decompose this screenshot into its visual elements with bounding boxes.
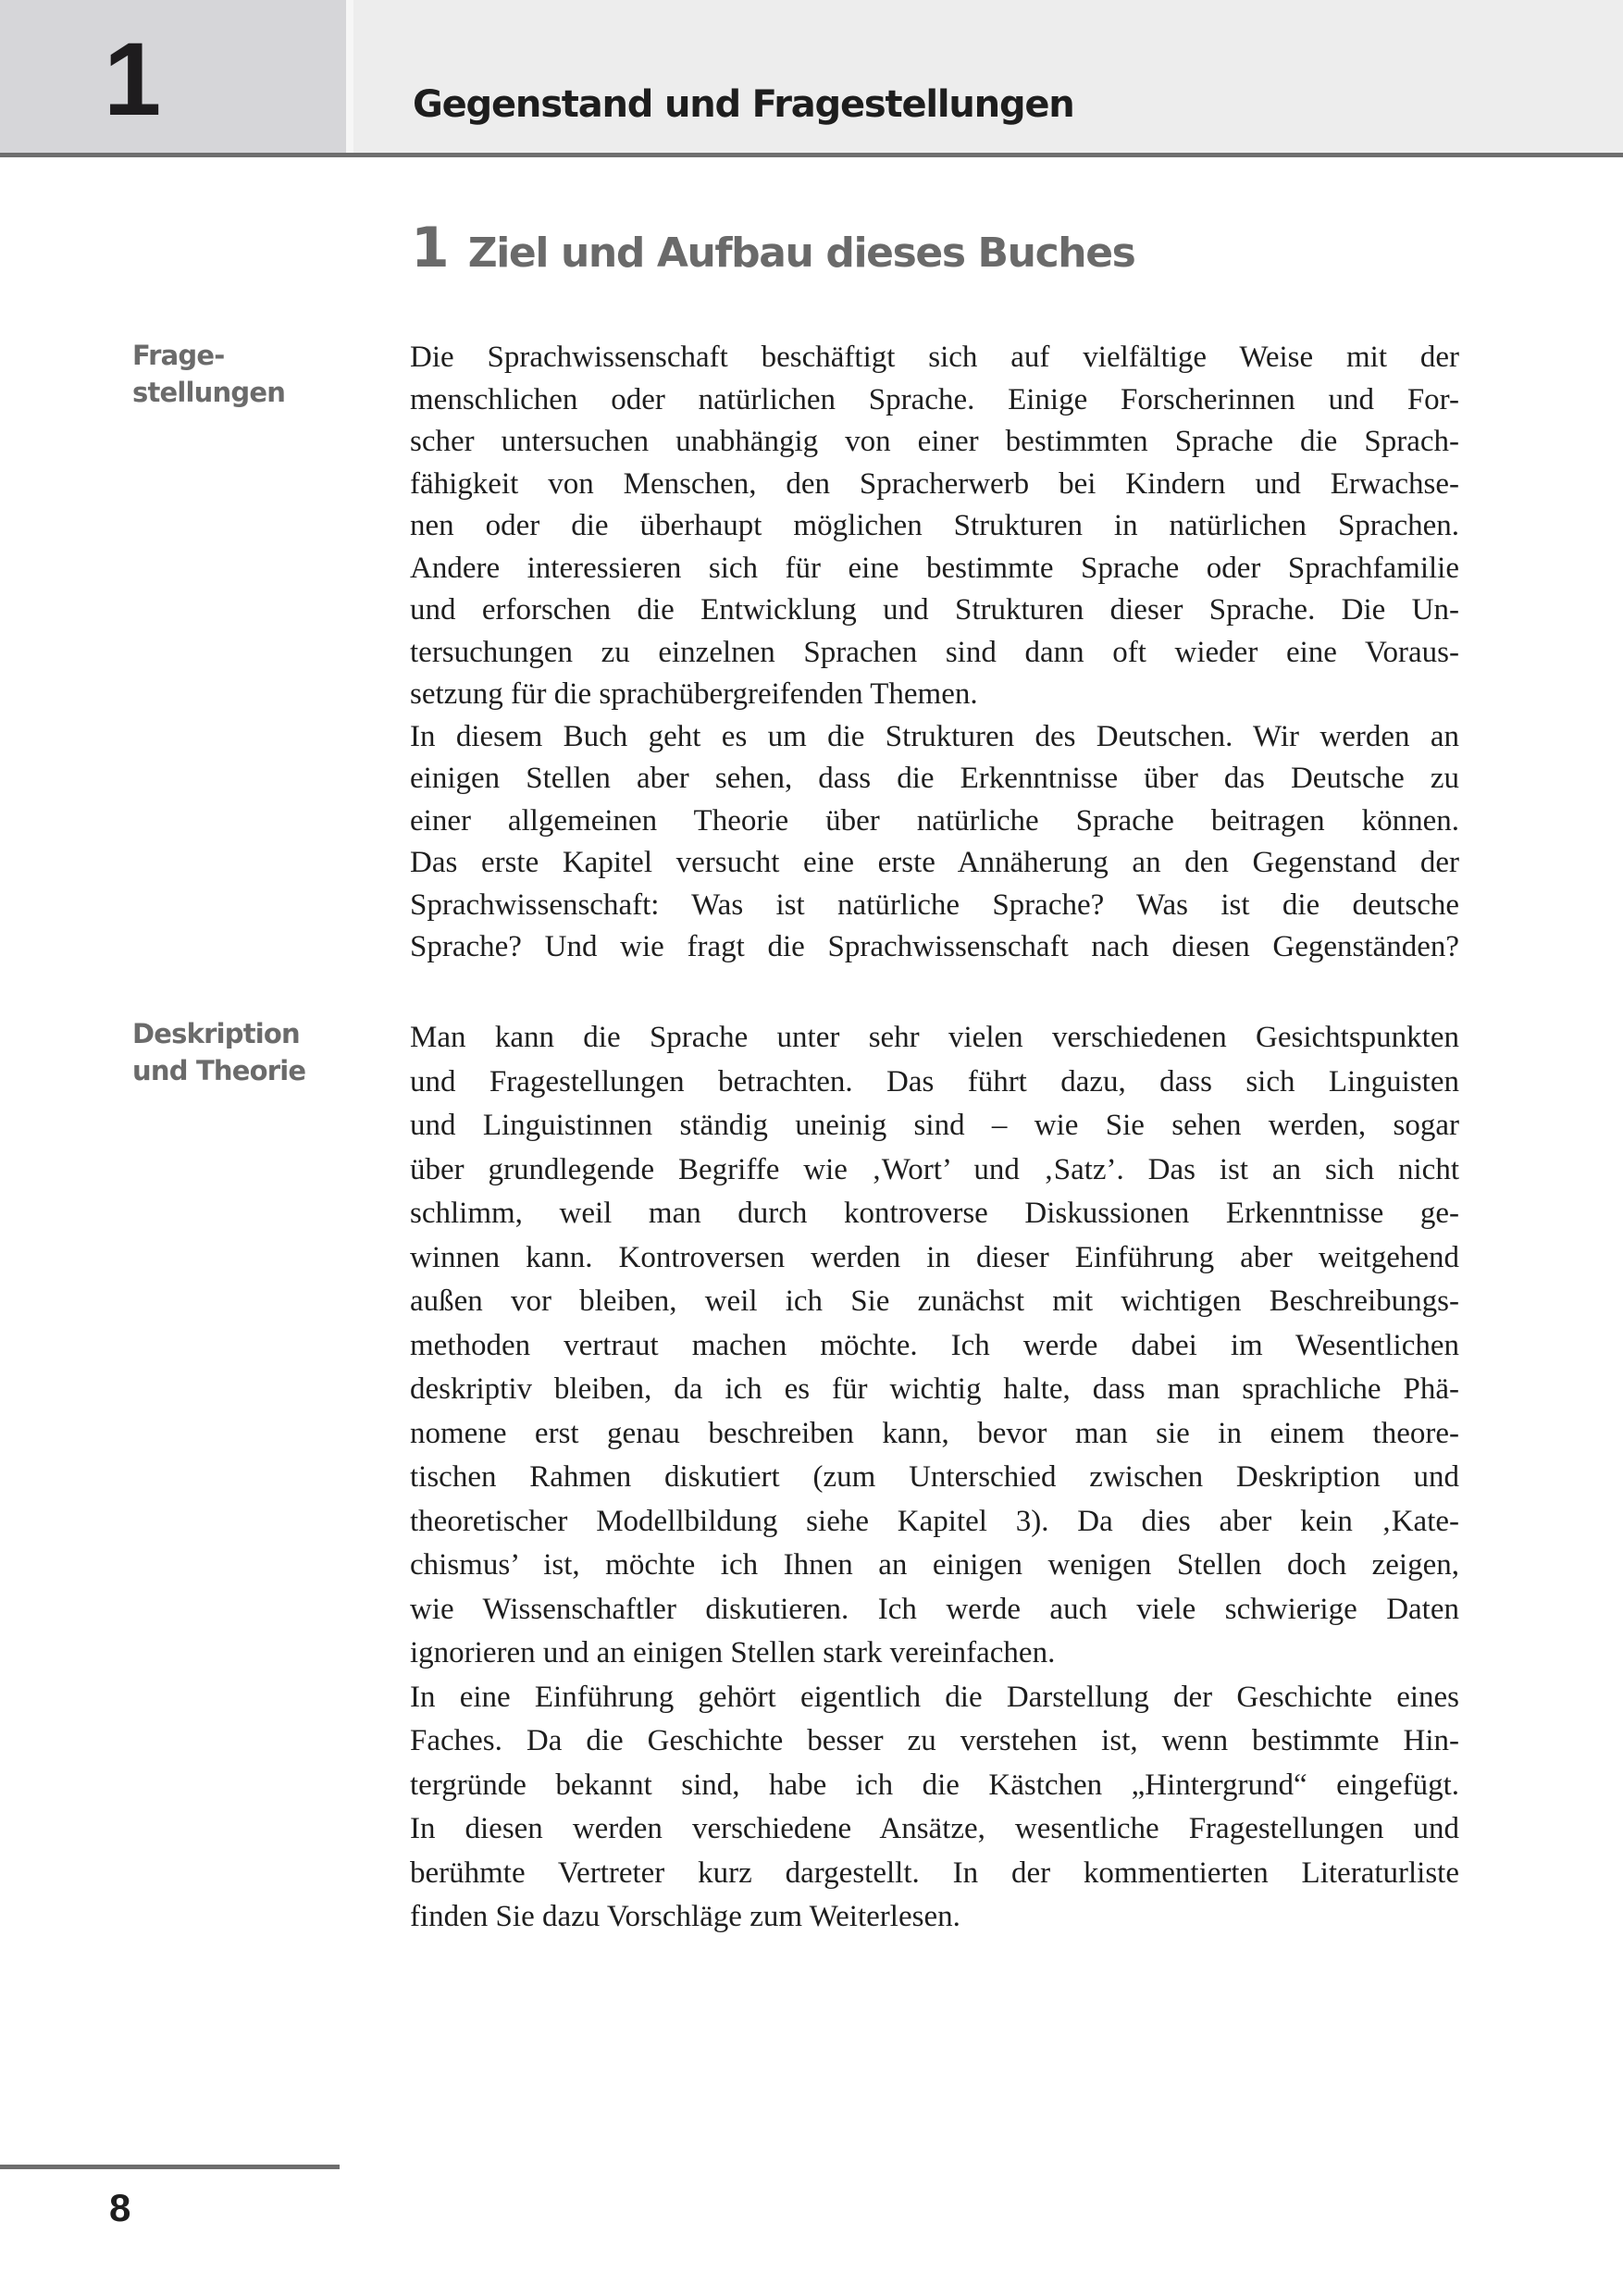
header-rule bbox=[0, 153, 1623, 157]
text-line: deskriptiv bleiben, da ich es für wichti… bbox=[410, 1368, 1459, 1412]
text-line: fähigkeit von Menschen, den Spracherwerb… bbox=[410, 464, 1459, 506]
section-number: 1 bbox=[411, 216, 448, 280]
chapter-number: 1 bbox=[104, 28, 161, 131]
text-line: Die Sprachwissenschaft beschäftigt sich … bbox=[410, 337, 1459, 379]
text-line: Faches. Da die Geschichte besser zu vers… bbox=[410, 1719, 1459, 1764]
text-line: nen oder die überhaupt möglichen Struktu… bbox=[410, 505, 1459, 548]
margin-note-line: stellungen bbox=[132, 374, 345, 411]
text-line: tersuchungen zu einzelnen Sprachen sind … bbox=[410, 632, 1459, 675]
text-line: und Fragestellungen betrachten. Das führ… bbox=[410, 1061, 1459, 1105]
text-line: und Linguistinnen ständig uneinig sind –… bbox=[410, 1104, 1459, 1148]
paragraph-1: Die Sprachwissenschaft beschäftigt sich … bbox=[410, 337, 1459, 969]
text-line: ignorieren und an einigen Stellen stark … bbox=[410, 1632, 1459, 1676]
footer-rule bbox=[0, 2165, 340, 2169]
text-line: Man kann die Sprache unter sehr vielen v… bbox=[410, 1016, 1459, 1061]
header-divider bbox=[346, 0, 353, 153]
text-line: menschlichen oder natürlichen Sprache. E… bbox=[410, 379, 1459, 422]
text-line: Andere interessieren sich für eine besti… bbox=[410, 548, 1459, 590]
text-line: Das erste Kapitel versucht eine erste An… bbox=[410, 842, 1459, 885]
margin-note-deskription: Deskription und Theorie bbox=[132, 1015, 345, 1089]
text-line: In diesem Buch geht es um die Strukturen… bbox=[410, 716, 1459, 759]
text-line: finden Sie dazu Vorschläge zum Weiterles… bbox=[410, 1895, 1459, 1940]
text-line: setzung für die sprachübergreifenden The… bbox=[410, 674, 1459, 716]
margin-note-line: Deskription bbox=[132, 1015, 345, 1052]
margin-note-fragestellungen: Frage- stellungen bbox=[132, 337, 345, 411]
text-line: einer allgemeinen Theorie über natürlich… bbox=[410, 800, 1459, 843]
text-line: wie Wissenschaftler diskutieren. Ich wer… bbox=[410, 1588, 1459, 1632]
chapter-title-box bbox=[353, 0, 1623, 153]
margin-note-line: Frage- bbox=[132, 337, 345, 374]
section-title: Ziel und Aufbau dieses Buches bbox=[468, 230, 1135, 277]
text-line: Sprachwissenschaft: Was ist natürliche S… bbox=[410, 885, 1459, 927]
text-line: berühmte Vertreter kurz dargestellt. In … bbox=[410, 1852, 1459, 1896]
text-line: außen vor bleiben, weil ich Sie zunächst… bbox=[410, 1280, 1459, 1324]
text-line: tischen Rahmen diskutiert (zum Unterschi… bbox=[410, 1456, 1459, 1500]
text-line: scher untersuchen unabhängig von einer b… bbox=[410, 421, 1459, 464]
text-line: nomene erst genau beschreiben kann, bevo… bbox=[410, 1412, 1459, 1457]
chapter-title: Gegenstand und Fragestellungen bbox=[413, 81, 1074, 128]
text-line: tergründe bekannt sind, habe ich die Käs… bbox=[410, 1764, 1459, 1808]
page-number: 8 bbox=[109, 2186, 130, 2230]
text-line: chismus’ ist, möchte ich Ihnen an einige… bbox=[410, 1544, 1459, 1588]
text-line: winnen kann. Kontroversen werden in dies… bbox=[410, 1236, 1459, 1281]
text-line: theoretischer Modellbildung siehe Kapite… bbox=[410, 1500, 1459, 1545]
section-heading: 1Ziel und Aufbau dieses Buches bbox=[411, 218, 1134, 283]
chapter-number-box bbox=[0, 0, 346, 153]
text-line: und erforschen die Entwicklung und Struk… bbox=[410, 590, 1459, 632]
text-line: In diesen werden verschiedene Ansätze, w… bbox=[410, 1807, 1459, 1852]
text-line: methoden vertraut machen möchte. Ich wer… bbox=[410, 1324, 1459, 1369]
paragraph-2: Man kann die Sprache unter sehr vielen v… bbox=[410, 1016, 1459, 1940]
text-line: schlimm, weil man durch kontroverse Disk… bbox=[410, 1192, 1459, 1236]
margin-note-line: und Theorie bbox=[132, 1052, 345, 1089]
text-line: einigen Stellen aber sehen, dass die Erk… bbox=[410, 758, 1459, 800]
text-line: Sprache? Und wie fragt die Sprachwissens… bbox=[410, 926, 1459, 969]
text-line: über grundlegende Begriffe wie ‚Wort’ un… bbox=[410, 1148, 1459, 1193]
text-line: In eine Einführung gehört eigentlich die… bbox=[410, 1676, 1459, 1720]
